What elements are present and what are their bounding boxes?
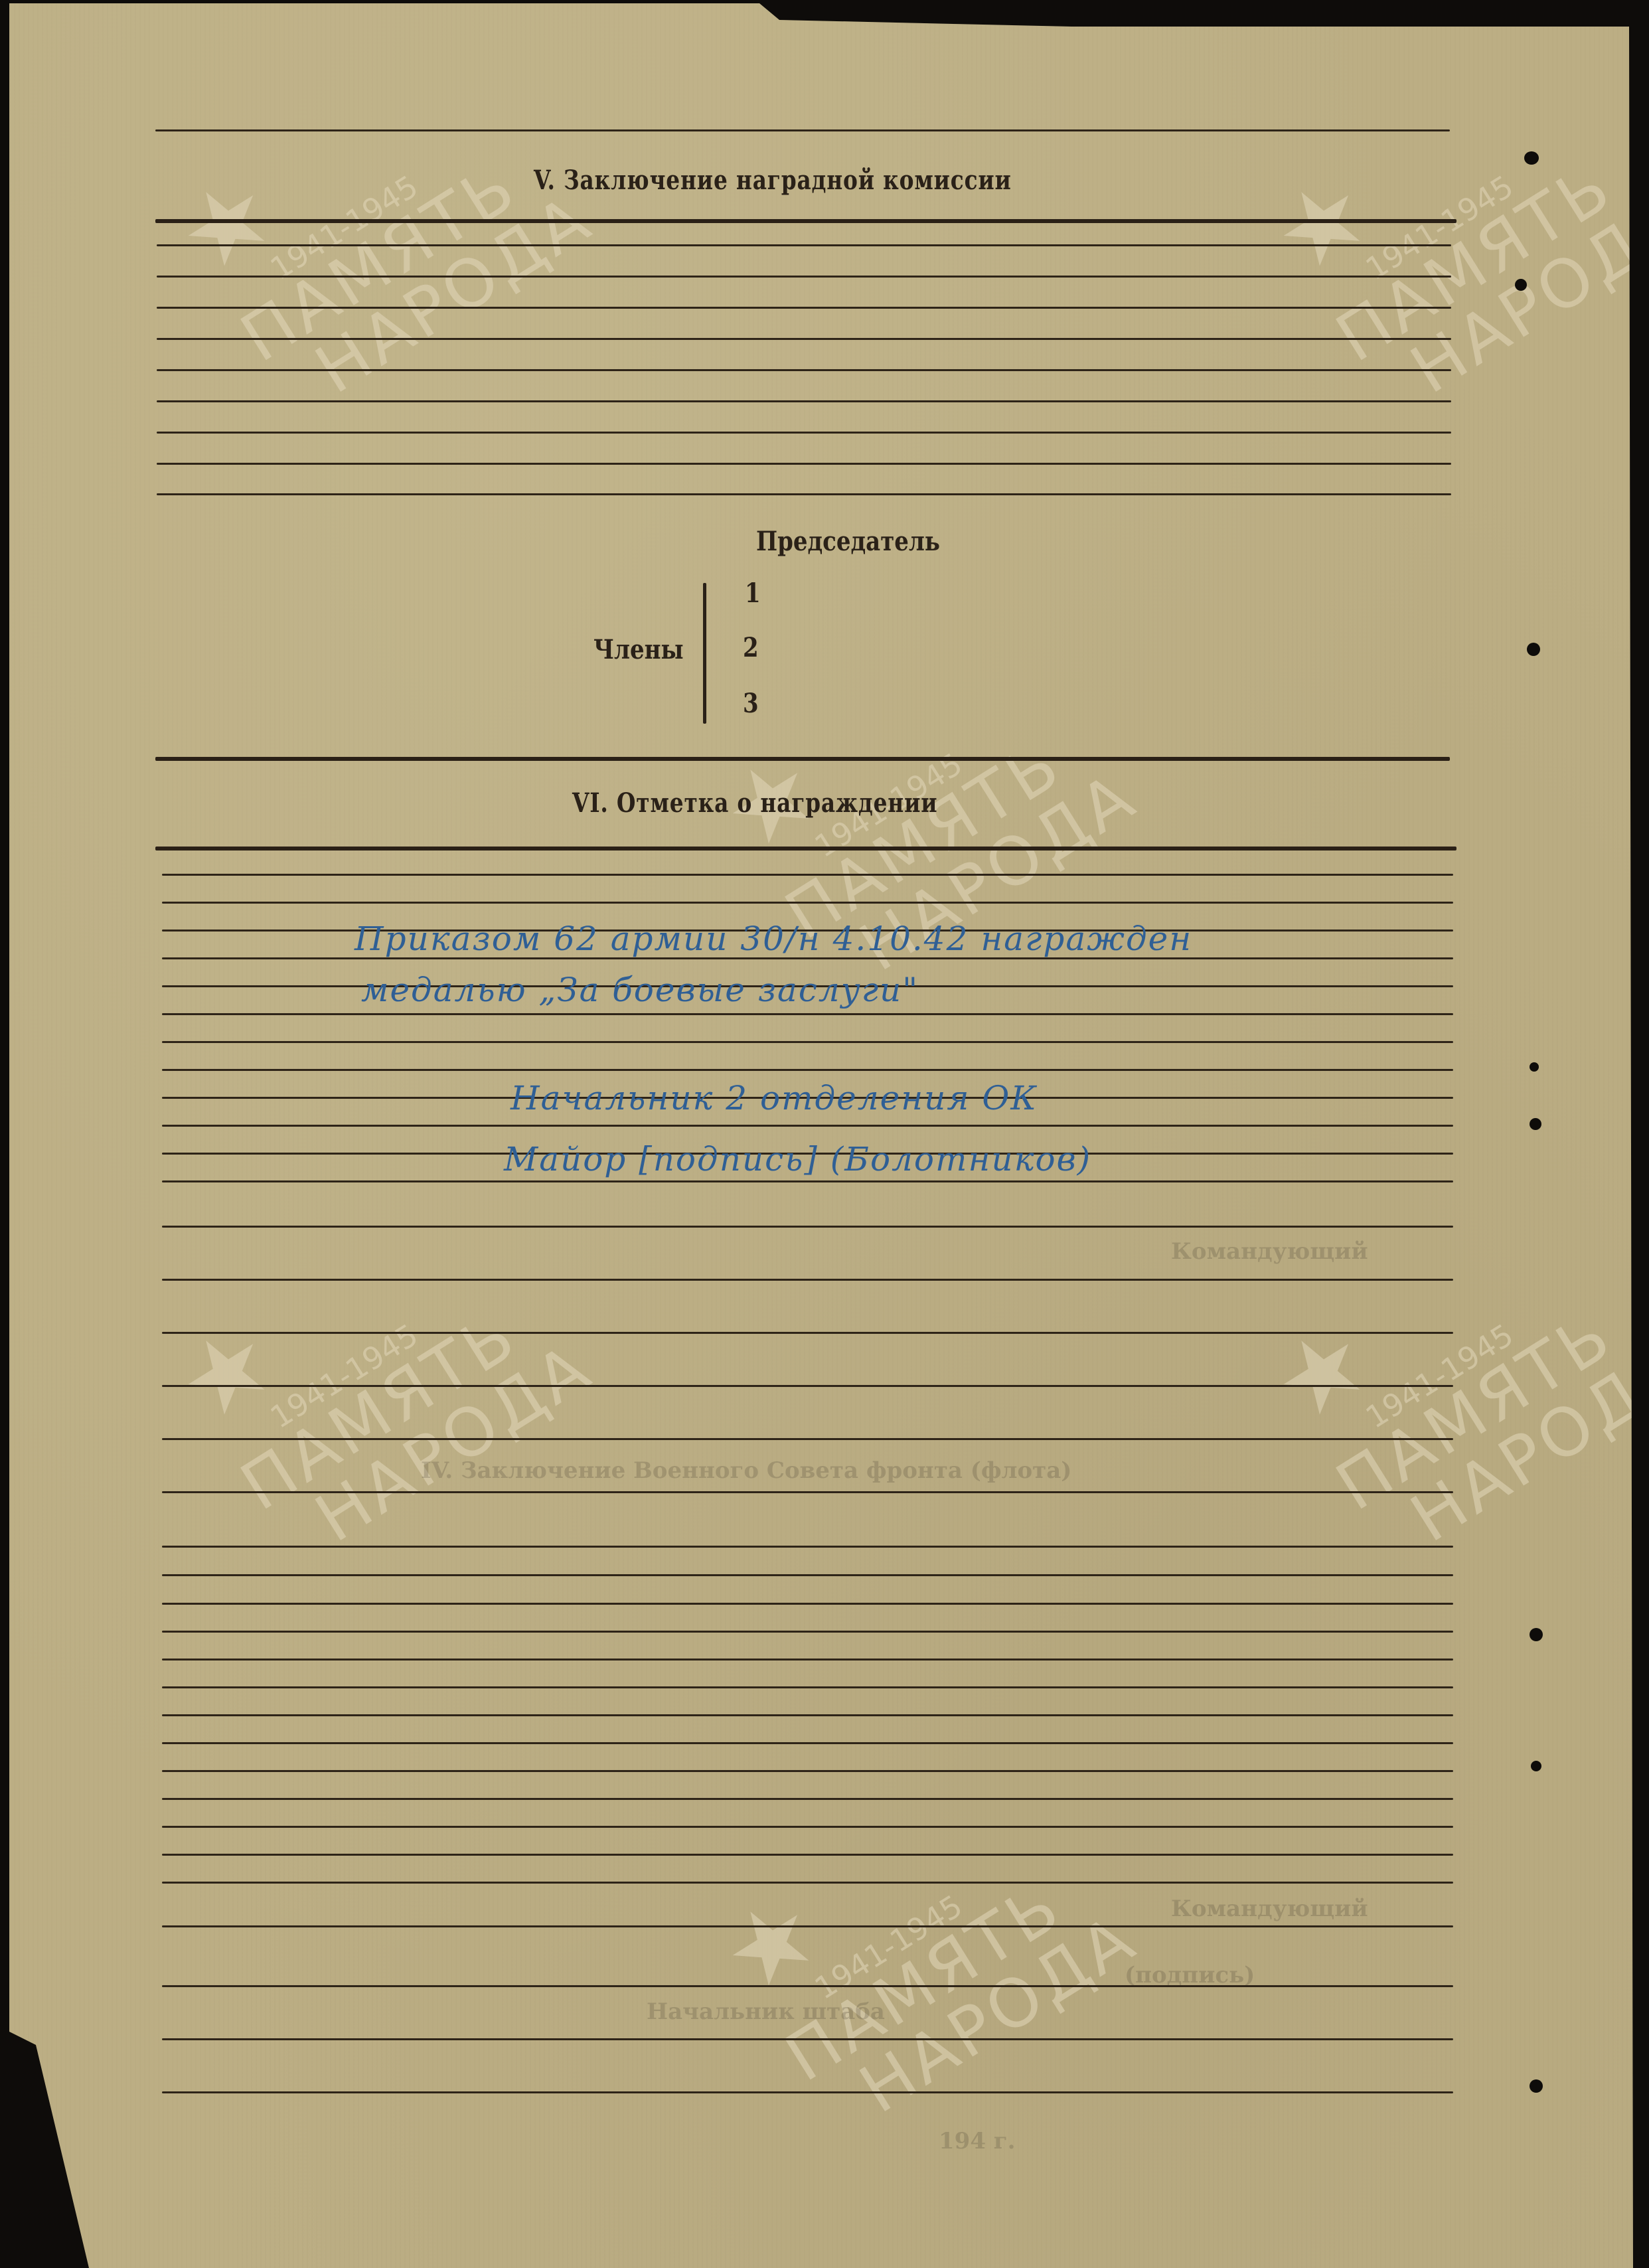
watermark-top-left: ★ 1941-1945 ПАМЯТЬ НАРОДА <box>162 17 603 428</box>
form-line <box>162 1798 1453 1800</box>
chairman-label: Председатель <box>756 526 940 557</box>
show-through-commander: Командующий <box>1171 1238 1368 1265</box>
form-line <box>157 432 1451 434</box>
punch-hole <box>1527 643 1540 656</box>
form-line <box>162 1925 1453 1927</box>
section-v-rule <box>155 219 1456 223</box>
section-vi-bottom-rule <box>155 847 1456 850</box>
member-number-1: 1 <box>745 578 761 609</box>
form-line <box>162 1069 1453 1071</box>
form-line <box>162 1491 1453 1493</box>
form-line <box>162 2091 1453 2093</box>
form-line <box>162 1279 1453 1281</box>
show-through-commander-2: Командующий <box>1171 1896 1368 1922</box>
punch-hole <box>1531 1761 1541 1771</box>
form-line <box>162 1854 1453 1856</box>
form-line <box>157 276 1451 278</box>
form-line <box>162 1332 1453 1334</box>
watermark-star-icon: ★ <box>162 1166 516 1439</box>
show-through-signature: (подпись) <box>1125 1962 1255 1988</box>
show-through-chief-of-staff: Начальник штаба <box>647 1998 885 2025</box>
form-line <box>162 1180 1453 1182</box>
form-line <box>162 1985 1453 1987</box>
handwritten-officer-title: Начальник 2 отделения ОК <box>510 1079 1038 1117</box>
handwritten-signature-line: Майор [подпись] (Болотников) <box>504 1140 1091 1178</box>
section-vi-top-rule <box>155 757 1450 761</box>
watermark-star-icon: ★ <box>706 1737 1060 2010</box>
form-line <box>162 1603 1453 1605</box>
punch-hole <box>1515 279 1527 291</box>
form-line <box>162 1686 1453 1688</box>
document-page: ★ 1941-1945 ПАМЯТЬ НАРОДА ★ 1941-1945 ПА… <box>9 0 1633 2268</box>
member-number-2: 2 <box>743 632 759 663</box>
members-label: Члены <box>593 634 684 665</box>
form-line <box>162 874 1453 876</box>
member-number-3: 3 <box>743 688 759 719</box>
punch-hole <box>1530 1118 1541 1130</box>
form-line <box>162 1013 1453 1015</box>
form-line <box>162 902 1453 904</box>
form-line <box>162 1770 1453 1772</box>
watermark-middle-right: ★ 1941-1945 ПАМЯТЬ НАРОДА <box>1257 1166 1649 1577</box>
form-line <box>162 1546 1453 1548</box>
section-v-title: V. Заключение наградной комиссии <box>534 165 1012 196</box>
form-line <box>157 463 1451 465</box>
top-rule <box>155 129 1450 131</box>
form-line <box>162 1226 1453 1228</box>
members-bracket <box>703 583 706 724</box>
watermark-middle-left: ★ 1941-1945 ПАМЯТЬ НАРОДА <box>162 1166 603 1577</box>
show-through-section-iv: IV. Заключение Военного Совета фронта (ф… <box>421 1457 1071 1484</box>
form-line <box>162 1125 1453 1127</box>
watermark-star-icon: ★ <box>162 17 516 290</box>
form-line <box>157 307 1451 309</box>
form-line <box>157 244 1451 246</box>
watermark-top-right: ★ 1941-1945 ПАМЯТЬ НАРОДА <box>1257 17 1649 428</box>
watermark-star-icon: ★ <box>1257 1166 1611 1439</box>
show-through-date: 194 г. <box>939 2128 1015 2154</box>
punch-hole <box>1530 2079 1543 2093</box>
form-line <box>157 400 1451 402</box>
form-line <box>162 1385 1453 1387</box>
watermark-star-icon: ★ <box>706 595 1060 868</box>
handwritten-order-line: Приказом 62 армии 30/н 4.10.42 награжден <box>354 920 1192 958</box>
form-line <box>162 1826 1453 1828</box>
form-line <box>157 493 1451 495</box>
punch-hole <box>1524 151 1539 165</box>
form-line <box>157 338 1451 340</box>
punch-hole <box>1530 1062 1539 1072</box>
form-line <box>162 1659 1453 1660</box>
form-line <box>162 1882 1453 1884</box>
form-line <box>157 369 1451 371</box>
form-line <box>162 1742 1453 1744</box>
form-line <box>162 1631 1453 1633</box>
form-line <box>162 1438 1453 1440</box>
form-line <box>162 1574 1453 1576</box>
section-vi-title: VI. Отметка о награждении <box>572 787 937 819</box>
watermark-star-icon: ★ <box>1257 17 1611 290</box>
handwritten-medal-line: медалью „За боевые заслуги" <box>361 971 919 1009</box>
form-line <box>162 2038 1453 2040</box>
punch-hole <box>1530 1628 1543 1641</box>
form-line <box>162 1714 1453 1716</box>
form-line <box>162 1041 1453 1043</box>
